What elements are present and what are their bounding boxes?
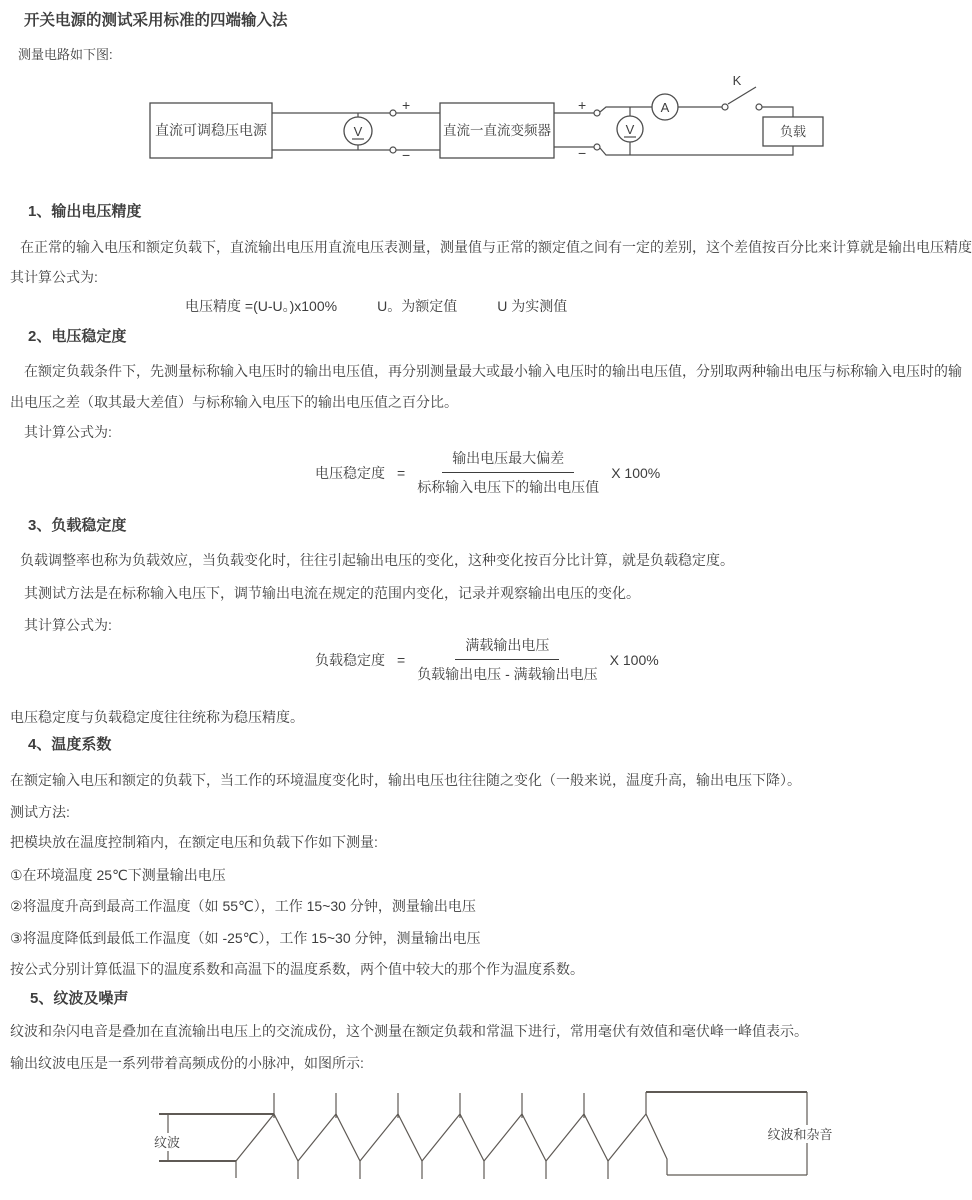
voltmeter-icon: V: [617, 107, 643, 155]
formula-lhs: 负载稳定度: [315, 650, 385, 670]
section2-heading: 2、电压稳定度: [28, 328, 126, 346]
section4-step2: ②将温度升高到最高工作温度（如 55℃），工作 15~30 分钟，测量输出电压: [10, 897, 476, 915]
switch-label: K: [733, 73, 742, 88]
section4-method-intro: 把模块放在温度控制箱内，在额定电压和负载下作如下测量:: [10, 833, 378, 851]
section5-body-line1: 纹波和杂闪电音是叠加在直流输出电压上的交流成份，这个测量在额定负载和常温下进行，…: [10, 1022, 808, 1040]
section1-body: 在正常的输入电压和额定负载下，直流输出电压用直流电压表测量，测量值与正常的额定值…: [20, 238, 972, 256]
equals-sign: =: [397, 465, 405, 481]
page-title: 开关电源的测试采用标准的四端输入法: [24, 12, 288, 30]
section2-formula-intro: 其计算公式为:: [24, 423, 112, 441]
svg-text:V: V: [626, 122, 635, 137]
terminal-icon: [390, 147, 396, 153]
circuit-diagram: 直流可调稳压电源 + − V 直流一直流变频器 + −: [0, 70, 972, 192]
section2-body-line1: 在额定负载条件下，先测量标称输入电压时的输出电压值，再分别测量最大或最小输入电压…: [24, 362, 962, 380]
equals-sign: =: [397, 652, 405, 668]
fraction: 输出电压最大偏差 标称输入电压下的输出电压值: [417, 448, 599, 497]
formula-note: U 为实测值: [497, 296, 567, 316]
section2-body-line2: 出电压之差（取其最大差值）与标称输入电压下的输出电压值之百分比。: [10, 393, 458, 411]
section3-formula: 负载稳定度 = 满载输出电压 负载输出电压 - 满载输出电压 X 100%: [315, 635, 659, 684]
fraction-denominator: 负载输出电压 - 满载输出电压: [417, 660, 597, 684]
formula-text: 电压精度 =(U-U。)x100%: [185, 296, 337, 316]
section3-heading: 3、负载稳定度: [28, 517, 126, 535]
svg-text:V: V: [354, 124, 363, 139]
section1-formula-intro: 其计算公式为:: [10, 268, 98, 286]
section4-body: 在额定输入电压和额定的负载下，当工作的环境温度变化时，输出电压也往往随之变化（一…: [10, 771, 801, 789]
section2-formula: 电压稳定度 = 输出电压最大偏差 标称输入电压下的输出电压值 X 100%: [315, 448, 660, 497]
fraction: 满载输出电压 负载输出电压 - 满载输出电压: [417, 635, 597, 684]
document-page: 开关电源的测试采用标准的四端输入法 测量电路如下图: 直流可调稳压电源 + − …: [0, 0, 972, 1200]
source-box-label: 直流可调稳压电源: [155, 122, 268, 138]
switch-icon: K: [722, 73, 762, 110]
converter-box-label: 直流一直流变频器: [443, 122, 551, 138]
section4-heading: 4、温度系数: [28, 736, 111, 754]
ammeter-icon: A: [652, 94, 678, 120]
minus-sign: −: [402, 147, 410, 163]
formula-lhs: 电压稳定度: [315, 463, 385, 483]
svg-text:A: A: [661, 100, 670, 115]
voltmeter-icon: V: [344, 113, 372, 150]
formula-rhs: X 100%: [610, 652, 659, 668]
section1-heading: 1、输出电压精度: [28, 203, 141, 221]
plus-sign: +: [402, 97, 410, 113]
formula-rhs: X 100%: [611, 465, 660, 481]
section3-formula-intro: 其计算公式为:: [24, 616, 112, 634]
fraction-numerator: 输出电压最大偏差: [442, 448, 574, 473]
section3-body-line1: 负载调整率也称为负载效应，当负载变化时，往往引起输出电压的变化，这种变化按百分比…: [20, 551, 734, 569]
fraction-denominator: 标称输入电压下的输出电压值: [417, 473, 599, 497]
formula-note: U。为额定值: [377, 296, 457, 316]
section5-body-line2: 输出纹波电压是一系列带着高频成份的小脉冲，如图所示:: [10, 1054, 364, 1072]
minus-sign: −: [578, 145, 586, 161]
ripple-label: 纹波: [154, 1135, 180, 1150]
section4-step1: ①在环境温度 25℃下测量输出电压: [10, 866, 226, 884]
terminal-icon: [594, 144, 600, 150]
section1-formula: 电压精度 =(U-U。)x100% U。为额定值 U 为实测值: [185, 296, 567, 316]
load-box-label: 负载: [780, 124, 806, 139]
intro-text: 测量电路如下图:: [18, 46, 113, 64]
ripple-waveform-diagram: 纹波 纹波和杂音: [0, 1085, 972, 1197]
section4-method-label: 测试方法:: [10, 803, 70, 821]
section4-step3: ③将温度降低到最低工作温度（如 -25℃），工作 15~30 分钟，测量输出电压: [10, 929, 481, 947]
plus-sign: +: [578, 97, 586, 113]
section3-note: 电压稳定度与负载稳定度往往统称为稳压精度。: [10, 708, 304, 726]
section4-conclusion: 按公式分别计算低温下的温度系数和高温下的温度系数，两个值中较大的那个作为温度系数…: [10, 960, 584, 978]
terminal-icon: [390, 110, 396, 116]
section3-body-line2: 其测试方法是在标称输入电压下，调节输出电流在规定的范围内变化，记录并观察输出电压…: [24, 584, 640, 602]
fraction-numerator: 满载输出电压: [455, 635, 559, 660]
ripple-noise-label: 纹波和杂音: [767, 1127, 832, 1142]
section5-heading: 5、纹波及噪声: [30, 990, 128, 1008]
terminal-icon: [594, 110, 600, 116]
